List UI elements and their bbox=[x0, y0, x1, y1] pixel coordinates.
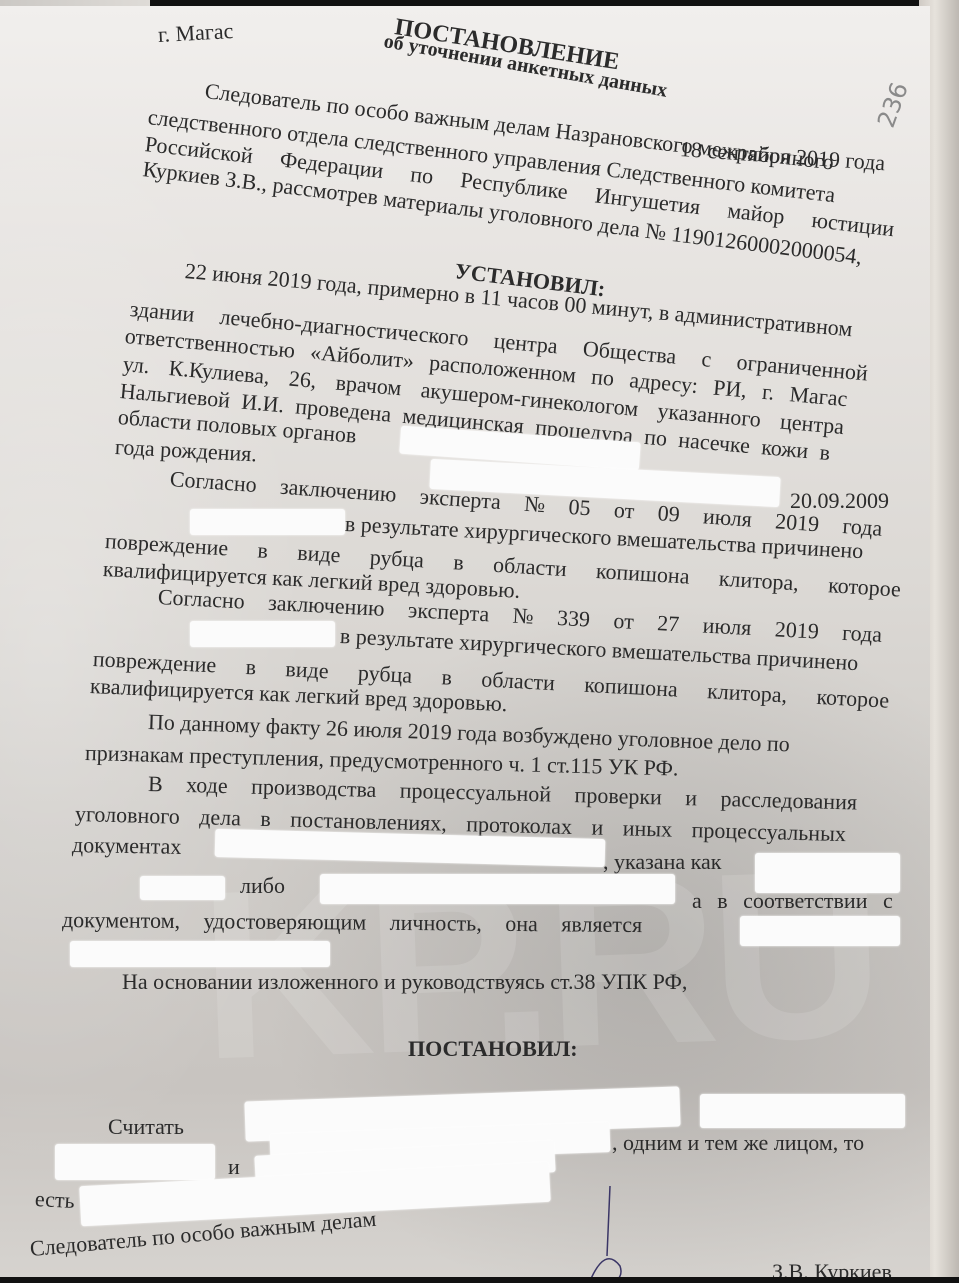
investigation-line: документом, удостоверяющим личность, она… bbox=[62, 907, 642, 938]
bottom-border bbox=[0, 1277, 959, 1283]
redacted-text bbox=[740, 916, 900, 946]
handwritten-signature bbox=[585, 1186, 635, 1277]
redacted-text bbox=[320, 874, 675, 904]
investigation-line: документах bbox=[72, 832, 182, 860]
basis-line: На основании изложенного и руководствуяс… bbox=[122, 969, 687, 995]
signature-name: З.В. Куркиев bbox=[772, 1259, 892, 1277]
redacted-text bbox=[700, 1094, 905, 1128]
handwritten-page-number: 236 bbox=[872, 79, 914, 132]
decision-line: есть bbox=[34, 1186, 75, 1214]
redacted-text bbox=[140, 876, 225, 900]
investigation-line: либо bbox=[240, 873, 285, 899]
investigation-line: , указана как bbox=[603, 849, 721, 875]
decision-line: и bbox=[228, 1154, 240, 1180]
decision-line: , одним и тем же лицом, то bbox=[612, 1130, 864, 1156]
city: г. Магас bbox=[157, 18, 234, 48]
redacted-text bbox=[190, 509, 345, 535]
decision-line: Считать bbox=[108, 1114, 184, 1140]
redacted-text bbox=[190, 621, 335, 647]
redacted-text bbox=[755, 853, 900, 893]
investigation-line: а в соответствии с bbox=[692, 888, 893, 914]
redacted-text bbox=[70, 941, 330, 967]
document-page: KP.RU г. Магас ПОСТАНОВЛЕНИЕ об уточнени… bbox=[0, 6, 930, 1277]
redacted-text bbox=[55, 1144, 215, 1180]
section-decided: ПОСТАНОВИЛ: bbox=[408, 1036, 578, 1062]
